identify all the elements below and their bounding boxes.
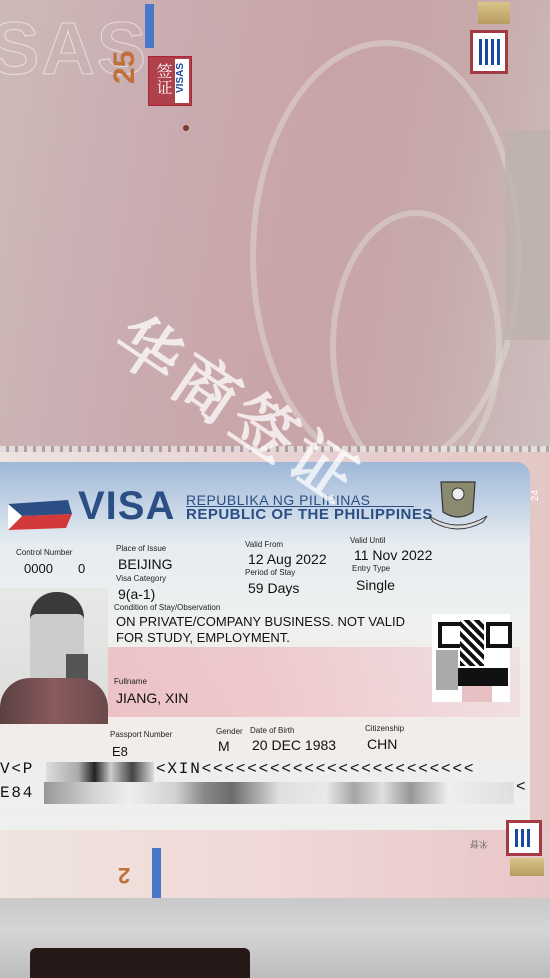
valid-from-value: 12 Aug 2022 [248, 551, 327, 567]
stain-spot [183, 125, 189, 131]
gender-label: Gender [216, 727, 243, 736]
philippine-flag-icon [8, 500, 72, 530]
blue-security-strip [152, 848, 161, 898]
condition-line-1: ON PRIVATE/COMPANY BUSINESS. NOT VALID [116, 614, 405, 629]
qr-finder [486, 622, 512, 648]
stamp-chinese: 签证 [151, 63, 174, 95]
page-number: 25 [108, 51, 142, 84]
lower-page-bottom: 2 米督 [0, 830, 550, 898]
gender-value: M [218, 738, 230, 754]
gold-foil-patch [510, 858, 544, 876]
holder-photo [0, 588, 108, 724]
mrz-line-1-start: V<P [0, 760, 34, 778]
place-of-issue-label: Place of Issue [116, 544, 166, 553]
control-number-value: 0000 [24, 561, 53, 576]
stamp-english: VISAS [175, 49, 186, 93]
citizenship-label: Citizenship [365, 724, 404, 733]
period-of-stay-label: Period of Stay [245, 568, 295, 577]
place-of-issue-value: BEIJING [118, 556, 172, 572]
control-number-label: Control Number [16, 548, 72, 557]
visa-title: VISA [78, 484, 175, 529]
pixelated-redaction [505, 130, 550, 340]
passport-number-value: E8 [112, 744, 128, 759]
valid-from-label: Valid From [245, 540, 283, 549]
fullname-value: JIANG, XIN [116, 690, 188, 706]
mrz-line-1-end: <XIN<<<<<<<<<<<<<<<<<<<<<<<< [156, 760, 475, 778]
emblem-icon [470, 30, 508, 74]
lower-page-number: 2 [118, 862, 130, 888]
fullname-label: Fullname [114, 677, 147, 686]
control-number-tail: 0 [78, 561, 85, 576]
qr-redaction [458, 668, 508, 686]
mrz-redaction [44, 782, 514, 804]
qr-redaction [462, 686, 492, 702]
visa-sticker: VISA REPUBLIKA NG PILIPINAS REPUBLIC OF … [0, 462, 530, 830]
condition-line-2: FOR STUDY, EMPLOYMENT. [116, 630, 290, 645]
valid-until-value: 11 Nov 2022 [354, 547, 432, 563]
gold-foil-patch [478, 2, 510, 24]
blue-security-strip [145, 4, 154, 48]
mrz-redaction [46, 762, 154, 782]
emblem-icon [506, 820, 542, 856]
citizenship-value: CHN [367, 736, 397, 752]
entry-type-value: Single [356, 577, 395, 593]
photo-suit [0, 678, 108, 724]
passport-number-label: Passport Number [110, 730, 172, 739]
qr-code [432, 614, 510, 702]
mrz-line-2-end: < [516, 778, 527, 796]
period-of-stay-value: 59 Days [248, 580, 299, 596]
valid-until-label: Valid Until [350, 536, 385, 545]
date-of-birth-label: Date of Birth [250, 726, 294, 735]
corner-text: 米督 [470, 838, 488, 851]
tray-shadow [30, 948, 250, 978]
coat-of-arms-icon [427, 476, 489, 530]
entry-type-label: Entry Type [352, 564, 390, 573]
date-of-birth-value: 20 DEC 1983 [252, 737, 336, 753]
visas-stamp: 签证 VISAS [148, 56, 192, 106]
side-page-number: 24 [530, 490, 541, 501]
visa-category-value: 9(a-1) [118, 586, 155, 602]
qr-redaction [436, 650, 458, 690]
condition-label: Condition of Stay/Observation [114, 603, 220, 612]
mrz-line-2-start: E84 [0, 784, 34, 802]
qr-pattern [460, 620, 484, 666]
visa-category-label: Visa Category [116, 574, 166, 583]
